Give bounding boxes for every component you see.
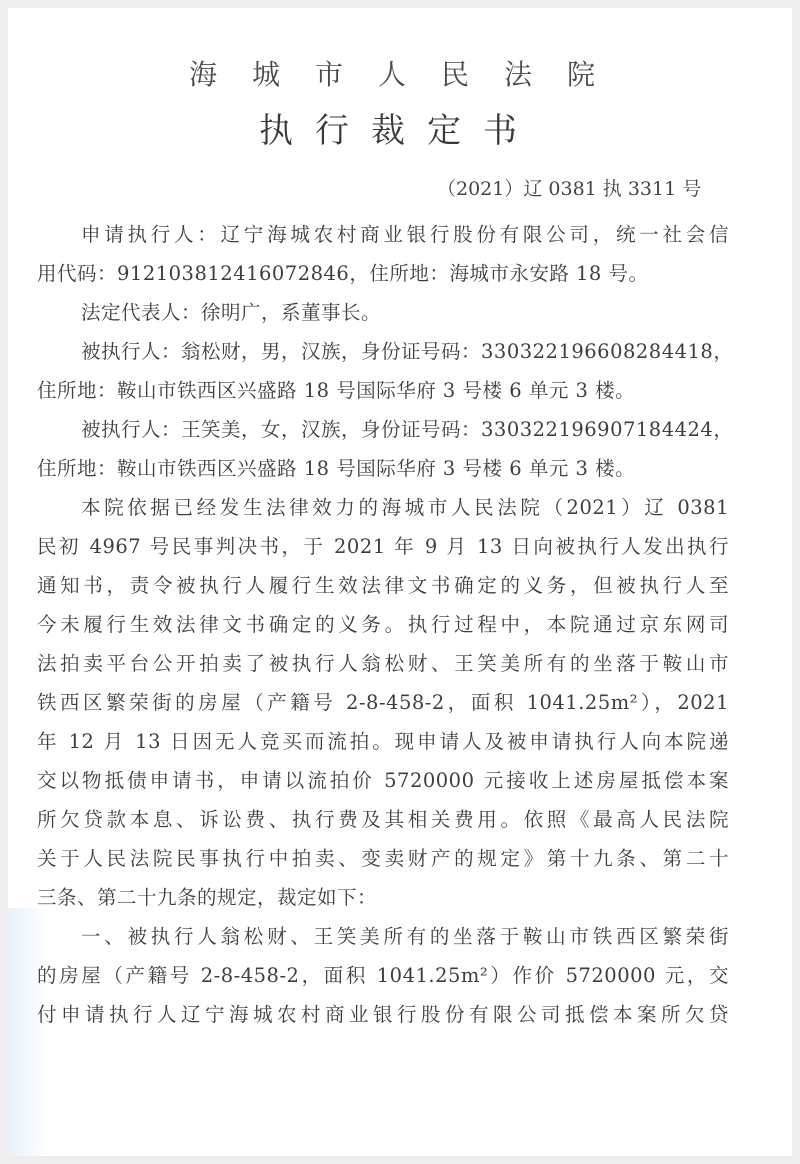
body-line: 交以物抵债申请书，申请以流拍价 5720000 元接收上述房屋抵偿本案 <box>37 761 729 800</box>
court-name-heading: 海城市人民法院 <box>0 57 792 93</box>
body-line: 所欠贷款本息、诉讼费、执行费及其相关费用。依照《最高人民法院 <box>37 800 729 839</box>
body-line: 关于人民法院民事执行中拍卖、变卖财产的规定》第十九条、第二十 <box>37 839 729 878</box>
body-line: 的房屋（产籍号 2-8-458-2，面积 1041.25m²）作价 572000… <box>37 956 729 995</box>
body-line: 三条、第二十九条的规定，裁定如下： <box>37 878 729 917</box>
body-line: 铁西区繁荣街的房屋（产籍号 2-8-458-2，面积 1041.25m²），20… <box>37 683 729 722</box>
body-line: 一、被执行人翁松财、王笑美所有的坐落于鞍山市铁西区繁荣街 <box>37 917 729 956</box>
body-line: 住所地：鞍山市铁西区兴盛路 18 号国际华府 3 号楼 6 单元 3 楼。 <box>37 449 729 488</box>
body-line: 法拍卖平台公开拍卖了被执行人翁松财、王笑美所有的坐落于鞍山市 <box>37 644 729 683</box>
body-line: 住所地：鞍山市铁西区兴盛路 18 号国际华府 3 号楼 6 单元 3 楼。 <box>37 371 729 410</box>
body-line: 年 12 月 13 日因无人竞买而流拍。现申请人及被申请执行人向本院递 <box>37 722 729 761</box>
case-number: （2021）辽 0381 执 3311 号 <box>437 176 701 202</box>
body-line: 付申请执行人辽宁海城农村商业银行股份有限公司抵偿本案所欠贷 <box>37 995 729 1034</box>
body-line: 申请执行人：辽宁海城农村商业银行股份有限公司，统一社会信 <box>37 215 729 254</box>
body-line: 法定代表人：徐明广，系董事长。 <box>37 293 729 332</box>
document-type-heading: 执行裁定书 <box>0 111 788 151</box>
body-line: 民初 4967 号民事判决书，于 2021 年 9 月 13 日向被执行人发出执… <box>37 527 729 566</box>
body-line: 通知书，责令被执行人履行生效法律文书确定的义务，但被执行人至 <box>37 566 729 605</box>
body-line: 被执行人：翁松财，男，汉族，身份证号码：330322196608284418， <box>37 332 729 371</box>
body-line: 用代码：912103812416072846，住所地：海城市永安路 18 号。 <box>37 254 729 293</box>
body-line: 今未履行生效法律文书确定的义务。执行过程中，本院通过京东网司 <box>37 605 729 644</box>
body-line: 被执行人：王笑美，女，汉族，身份证号码：330322196907184424， <box>37 410 729 449</box>
document-body: 申请执行人：辽宁海城农村商业银行股份有限公司，统一社会信 用代码：9121038… <box>37 215 729 1034</box>
body-line: 本院依据已经发生法律效力的海城市人民法院（2021）辽 0381 <box>37 488 729 527</box>
